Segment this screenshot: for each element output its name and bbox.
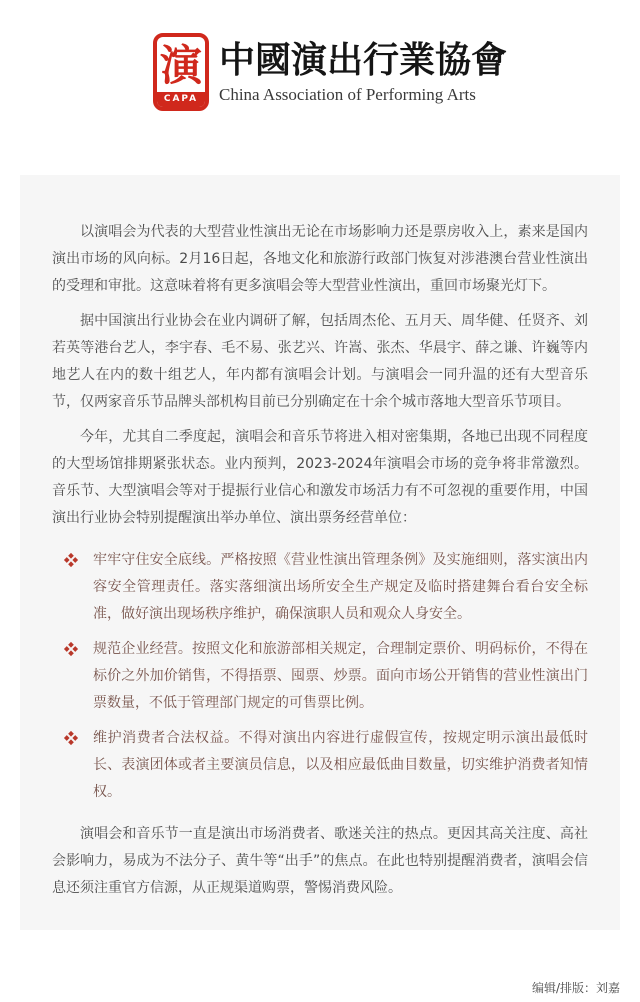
marker-column xyxy=(52,547,93,628)
diamond-bullet-icon xyxy=(64,642,78,656)
list-item: 牢牢守住安全底线。严格按照《营业性演出管理条例》及实施细则，落实演出内容安全管理… xyxy=(52,547,588,628)
reminder-list: 牢牢守住安全底线。严格按照《营业性演出管理条例》及实施细则，落实演出内容安全管理… xyxy=(52,547,588,806)
paragraph-survey: 据中国演出行业协会在业内调研了解，包括周杰伦、五月天、周华健、任贤齐、刘若英等港… xyxy=(52,308,588,416)
association-subtitle-en: China Association of Performing Arts xyxy=(219,84,507,106)
logo-text: 中國演出行業協會 China Association of Performing… xyxy=(219,38,507,106)
editor-credit: 编辑/排版：刘嘉 xyxy=(20,980,620,996)
article-panel: 以演唱会为代表的大型营业性演出无论在市场影响力还是票房收入上，素来是国内演出市场… xyxy=(20,175,620,930)
list-item: 规范企业经营。按照文化和旅游部相关规定，合理制定票价、明码标价，不得在标价之外加… xyxy=(52,636,588,717)
bullet-text-safety: 牢牢守住安全底线。严格按照《营业性演出管理条例》及实施细则，落实演出内容安全管理… xyxy=(93,547,588,628)
paragraph-closing: 演唱会和音乐节一直是演出市场消费者、歌迷关注的热点。更因其高关注度、高社会影响力… xyxy=(52,821,588,902)
paragraph-outlook: 今年，尤其自二季度起，演唱会和音乐节将进入相对密集期，各地已出现不同程度的大型场… xyxy=(52,424,588,532)
list-item: 维护消费者合法权益。不得对演出内容进行虚假宣传，按规定明示演出最低时长、表演团体… xyxy=(52,725,588,806)
diamond-bullet-icon xyxy=(64,553,78,567)
marker-column xyxy=(52,725,93,806)
bullet-text-operation: 规范企业经营。按照文化和旅游部相关规定，合理制定票价、明码标价，不得在标价之外加… xyxy=(93,636,588,717)
seal-character: 演 xyxy=(157,38,205,94)
capa-logo: 演 CAPA 中國演出行業協會 China Association of Per… xyxy=(0,0,640,111)
bullet-text-consumer: 维护消费者合法权益。不得对演出内容进行虚假宣传，按规定明示演出最低时长、表演团体… xyxy=(93,725,588,806)
marker-column xyxy=(52,636,93,717)
diamond-bullet-icon xyxy=(64,731,78,745)
capa-seal-icon: 演 CAPA xyxy=(153,33,209,111)
association-title-zh: 中國演出行業協會 xyxy=(219,38,507,82)
paragraph-intro: 以演唱会为代表的大型营业性演出无论在市场影响力还是票房收入上，素来是国内演出市场… xyxy=(52,219,588,300)
seal-caption: CAPA xyxy=(157,92,205,107)
